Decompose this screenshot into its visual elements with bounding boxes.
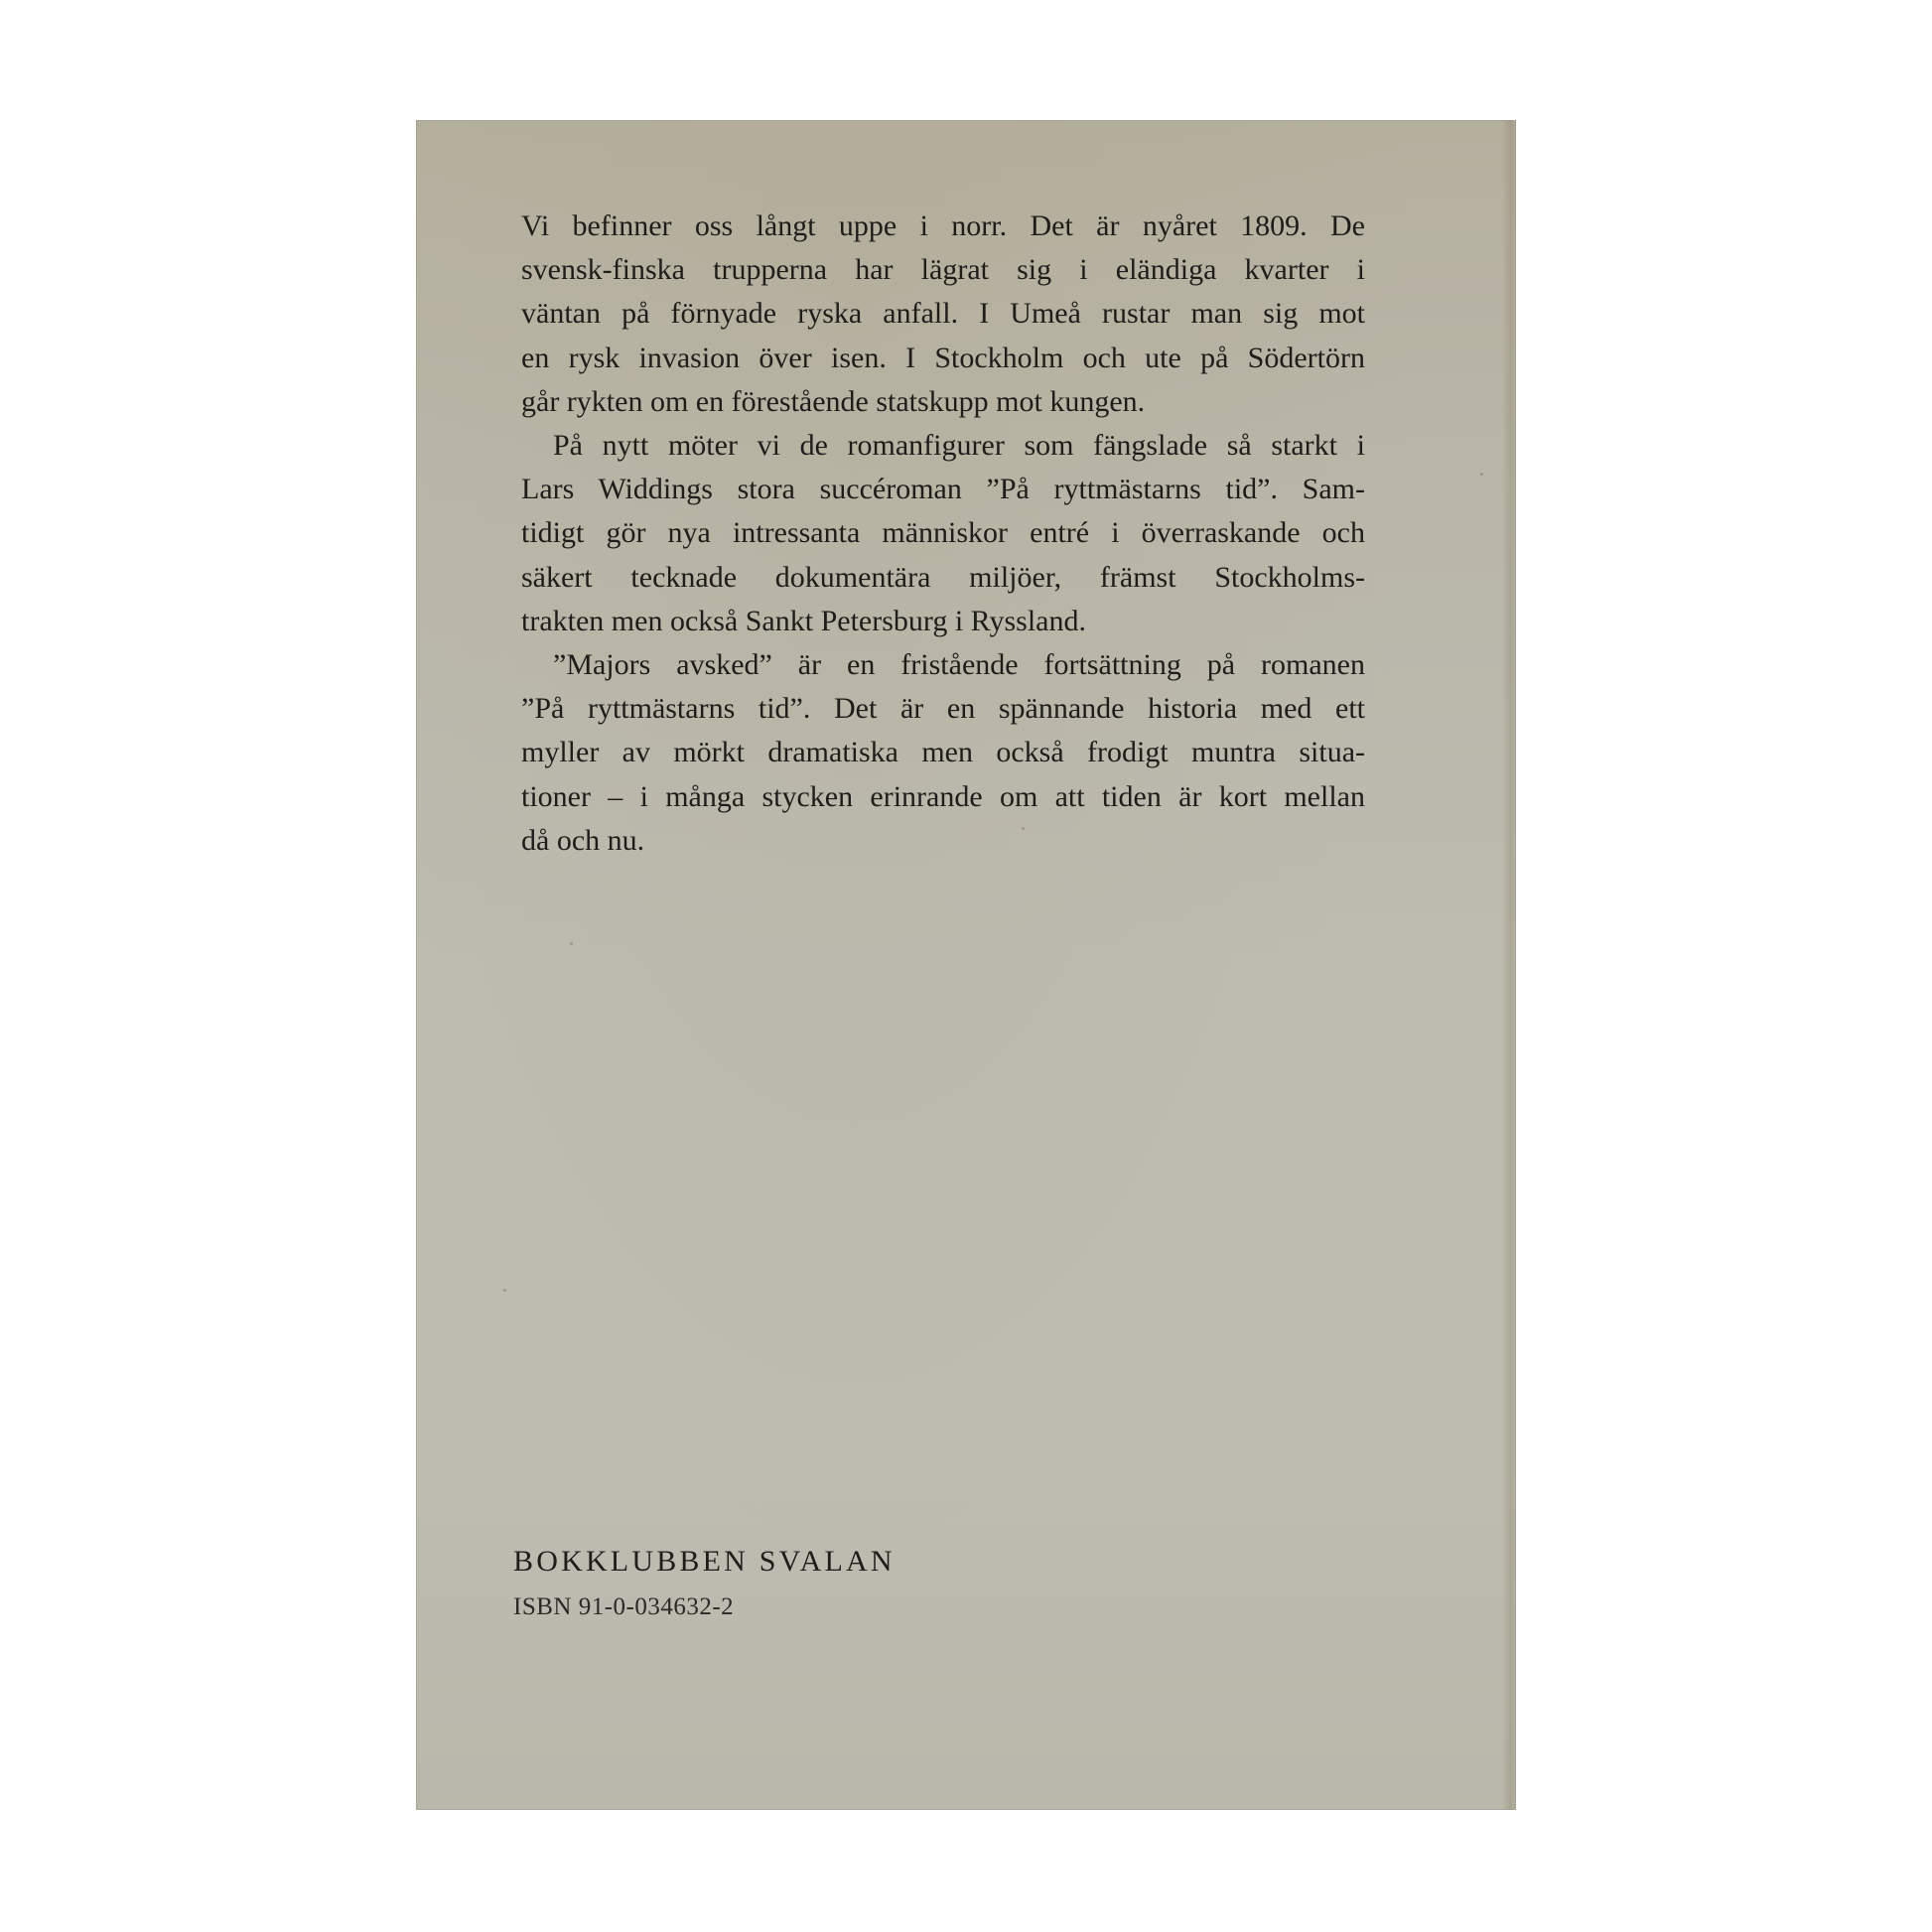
text-line: trakten men också Sankt Petersburg i Rys… [521, 600, 1365, 643]
publisher-block: BOKKLUBBEN SVALAN ISBN 91-0-034632-2 [513, 1542, 896, 1627]
text-line: ”På ryttmästarns tid”. Det är en spännan… [521, 687, 1365, 731]
paper-speck [1480, 473, 1483, 476]
text-line: På nytt möter vi de romanfigurer som fän… [521, 424, 1365, 468]
text-line: väntan på förnyade ryska anfall. I Umeå … [521, 292, 1365, 336]
publisher-name: BOKKLUBBEN SVALAN [513, 1542, 896, 1582]
paper-speck [570, 942, 573, 945]
text-line: säkert tecknade dokumentära miljöer, frä… [521, 556, 1365, 600]
text-line: ”Majors avsked” är en fristående fortsät… [521, 643, 1365, 687]
blurb-paragraph: På nytt möter vi de romanfigurer som fän… [521, 424, 1365, 643]
paper-speck [503, 1289, 506, 1292]
text-line: Lars Widdings stora succéroman ”På ryttm… [521, 468, 1365, 511]
blurb-paragraph: Vi befinner oss långt uppe i norr. Det ä… [521, 205, 1365, 424]
text-line: går rykten om en förestående statskupp m… [521, 380, 1365, 424]
blurb-text: Vi befinner oss långt uppe i norr. Det ä… [521, 205, 1365, 863]
book-back-cover: Vi befinner oss långt uppe i norr. Det ä… [416, 120, 1516, 1810]
blurb-paragraph: ”Majors avsked” är en fristående fortsät… [521, 643, 1365, 863]
text-line: en rysk invasion över isen. I Stockholm … [521, 337, 1365, 380]
text-line: Vi befinner oss långt uppe i norr. Det ä… [521, 205, 1365, 248]
text-line: myller av mörkt dramatiska men också fro… [521, 731, 1365, 774]
text-line: då och nu. [521, 819, 1365, 863]
text-line: tioner – i många stycken erinrande om at… [521, 775, 1365, 819]
text-line: svensk-finska trupperna har lägrat sig i… [521, 248, 1365, 292]
text-line: tidigt gör nya intressanta människor ent… [521, 511, 1365, 555]
isbn-number: ISBN 91-0-034632-2 [513, 1587, 896, 1627]
